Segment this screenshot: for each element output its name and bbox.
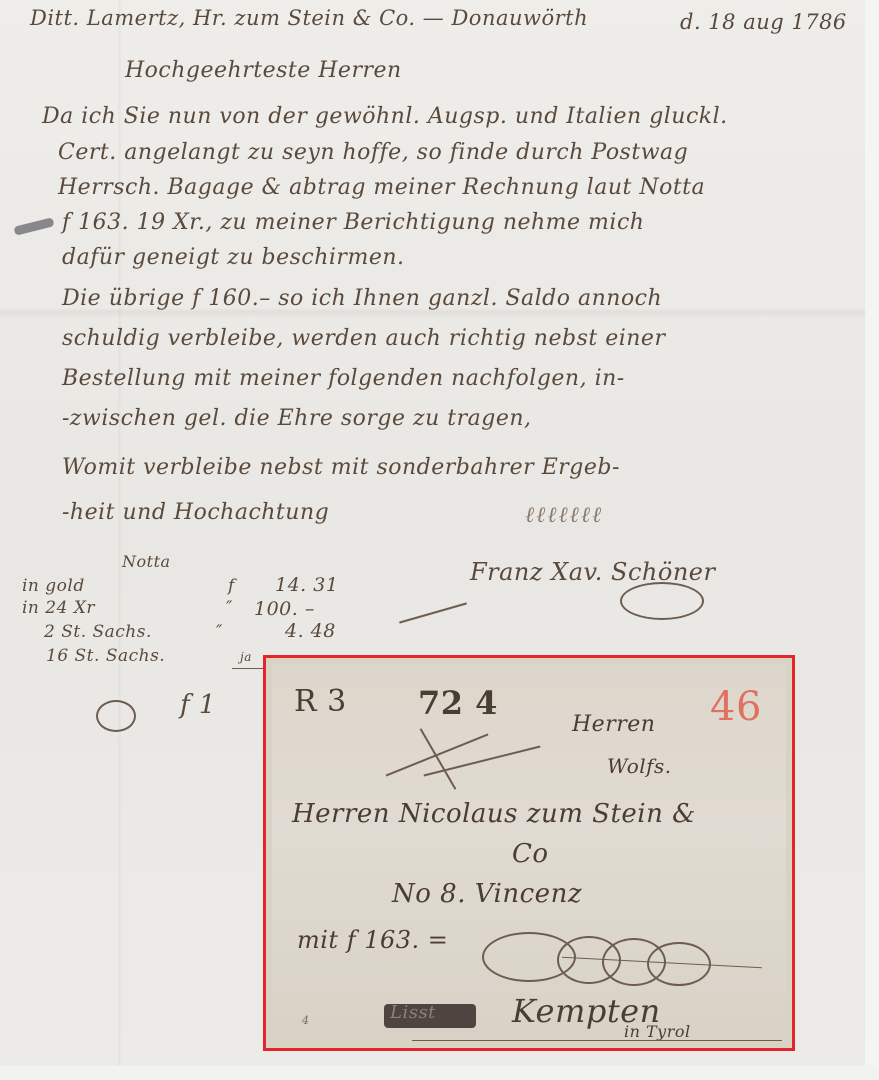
body-line-6: Die übrige f 160.– so ich Ihnen ganzl. S… (62, 286, 662, 311)
address-recipient: Herren Nicolaus zum Stein & (292, 799, 696, 829)
ledger-row-currency: ″ (226, 598, 233, 618)
letter-date: d. 18 aug 1786 (680, 10, 847, 34)
ledger-total: f 1 (180, 690, 216, 720)
address-herren: Herren (572, 712, 655, 737)
body-line-9: -zwischen gel. die Ehre sorge zu tragen, (62, 406, 532, 431)
body-line-3: Herrsch. Bagage & abtrag meiner Rechnung… (58, 175, 705, 200)
signature: Franz Xav. Schöner (470, 558, 715, 586)
ledger-row-label: 16 St. Sachs. (46, 646, 165, 666)
body-line-8: Bestellung mit meiner folgenden nachfolg… (62, 366, 625, 391)
address-via: Wolfs. (607, 754, 672, 778)
scan-edge-bottom (0, 1066, 879, 1080)
address-region: in Tyrol (624, 1022, 691, 1041)
postmark-code: 72 4 (418, 684, 498, 722)
ledger-total-note: ja (240, 650, 252, 664)
address-panel-highlight: R 3 72 4 46 Herren Wolfs. Herren Nicolau… (263, 655, 795, 1051)
address-underline (412, 1040, 782, 1041)
body-line-2: Cert. angelangt zu seyn hoffe, so finde … (58, 140, 688, 165)
body-line-11: -heit und Hochachtung (62, 500, 329, 525)
body-line-4: f 163. 19 Xr., zu meiner Berichtigung ne… (62, 210, 644, 235)
corner-mark: 4 (302, 1014, 310, 1027)
ledger-flourish (96, 700, 136, 732)
body-line-7: schuldig verbleibe, werden auch richtig … (62, 326, 665, 351)
ledger-row-amount: 100. – (254, 598, 315, 620)
ledger-title: Notta (122, 552, 171, 571)
ledger-row-label: 2 St. Sachs. (44, 622, 152, 642)
postmark-r-number: R 3 (294, 684, 347, 719)
ledger-row-amount: 14. 31 (275, 574, 338, 596)
salutation: Hochgeehrteste Herren (125, 58, 402, 83)
cross-out-stroke (424, 746, 541, 777)
body-line-1: Da ich Sie nun von der gewöhnl. Augsp. u… (42, 104, 728, 129)
ledger-row-label: in 24 Xr (22, 598, 95, 618)
address-company: Co (512, 839, 549, 869)
ledger-row-amount: 4. 48 (285, 620, 336, 642)
address-enclosure: mit f 163. = (297, 926, 448, 954)
scan-edge-right (865, 0, 879, 1080)
body-line-10: Womit verbleibe nebst mit sonderbahrer E… (62, 455, 620, 480)
ledger-row-currency: ″ (216, 622, 223, 642)
signature-flourish (620, 582, 704, 620)
sender-line: Ditt. Lamertz, Hr. zum Stein & Co. — Don… (30, 6, 588, 30)
body-line-5: dafür geneigt zu beschirmen. (62, 245, 405, 270)
ledger-row-currency: f (228, 576, 235, 596)
address-panel: R 3 72 4 46 Herren Wolfs. Herren Nicolau… (272, 664, 786, 1040)
address-house: No 8. Vincenz (392, 879, 582, 909)
ledger-row-label: in gold (22, 576, 85, 596)
closing-flourish: ℓℓℓℓℓℓℓ (525, 502, 603, 528)
obscured-word: Lisst (390, 1002, 436, 1023)
red-charge-mark: 46 (710, 684, 762, 730)
